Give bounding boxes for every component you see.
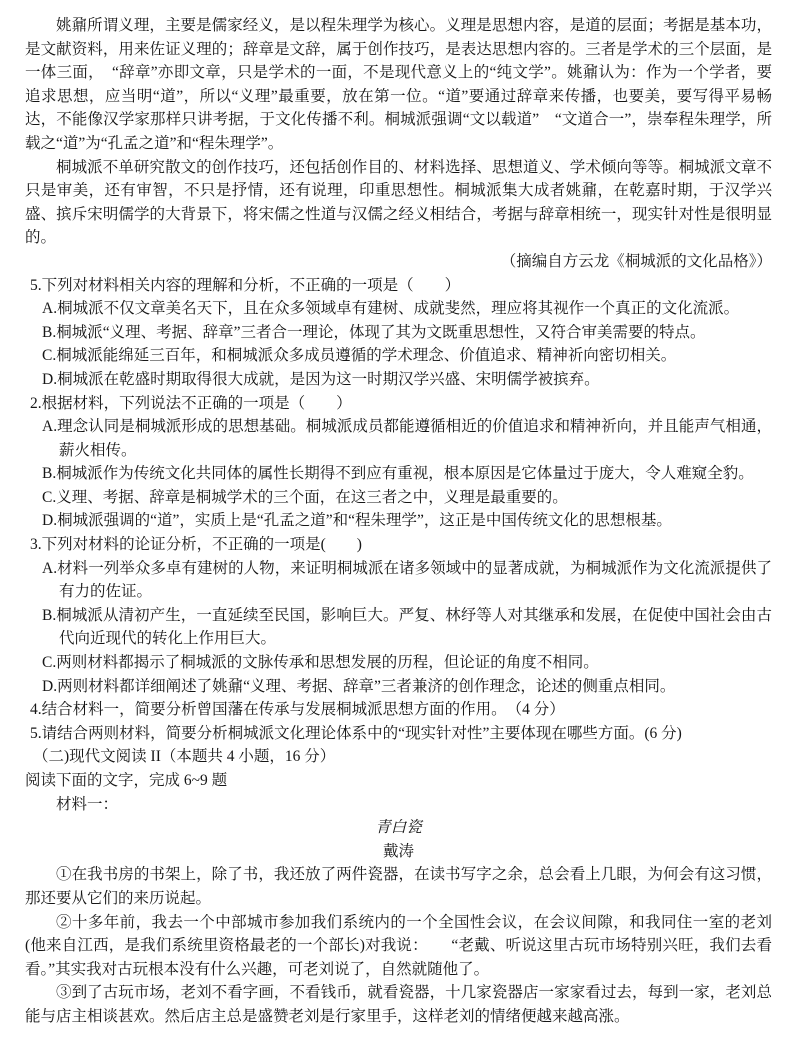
passage-paragraph-1: ①在我书房的书架上，除了书，我还放了两件瓷器，在读书写字之余，总会看上几眼，为何… <box>25 863 772 910</box>
material-1-label: 材料一： <box>25 793 772 817</box>
passage-paragraph-2: ②十多年前，我去一个中部城市参加我们系统内的一个全国性会议，在会议间隙，和我同住… <box>25 911 772 982</box>
question-2-option-d: D.桐城派强调的“道”，实质上是“孔孟之道”和“程朱理学”，这正是中国传统文化的… <box>25 509 772 533</box>
question-1-option-b: B.桐城派“义理、考据、辞章”三者合一理论，体现了其为文既重思想性，又符合审美需… <box>25 321 772 345</box>
exam-page: 姚鼐所谓义理，主要是儒家经义，是以程朱理学为核心。义理是思想内容，是道的层面；考… <box>0 0 800 1048</box>
section-2-instruction: 阅读下面的文字，完成 6~9 题 <box>25 769 772 793</box>
material-paragraph-2: 桐城派不单研究散文的创作技巧，还包括创作目的、材料选择、思想道义、学术倾向等等。… <box>25 156 772 250</box>
question-2-option-b: B.桐城派作为传统文化共同体的属性长期得不到应有重视，根本原因是它体量过于庞大，… <box>25 462 772 486</box>
question-2-stem: 2.根据材料，下列说法不正确的一项是（ ） <box>25 392 772 416</box>
section-2-heading: （二)现代文阅读 II（本题共 4 小题，16 分） <box>25 745 772 769</box>
question-4-stem: 4.结合材料一，简要分析曾国藩在传承与发展桐城派思想方面的作用。 （4 分） <box>25 698 772 722</box>
question-1-stem: 5.下列对材料相关内容的理解和分析，不正确的一项是（ ） <box>25 274 772 298</box>
question-1-option-c: C.桐城派能绵延三百年，和桐城派众多成员遵循的学术理念、价值追求、精神祈向密切相… <box>25 344 772 368</box>
passage-author: 戴涛 <box>25 840 772 864</box>
passage-paragraph-3: ③到了古玩市场，老刘不看字画，不看钱币，就看瓷器，十几家瓷器店一家家看过去，每到… <box>25 981 772 1028</box>
question-2-option-c: C.义理、考据、辞章是桐城学术的三个面，在这三者之中，义理是最重要的。 <box>25 486 772 510</box>
question-1-option-d: D.桐城派在乾盛时期取得很大成就，是因为这一时期汉学兴盛、宋明儒学被摈弃。 <box>25 368 772 392</box>
question-3-option-a: A.材料一列举众多卓有建树的人物，来证明桐城派在诸多领域中的显著成就，为桐城派作… <box>25 557 772 604</box>
material-paragraph-1: 姚鼐所谓义理，主要是儒家经义，是以程朱理学为核心。义理是思想内容，是道的层面；考… <box>25 14 772 156</box>
source-attribution: （摘编自方云龙《桐城派的文化品格》） <box>25 250 772 274</box>
question-3-option-b: B.桐城派从清初产生，一直延续至民国，影响巨大。严复、林纾等人对其继承和发展，在… <box>25 604 772 651</box>
question-1-option-a: A.桐城派不仅文章美名天下，且在众多领域卓有建树、成就斐然，理应将其视作一个真正… <box>25 297 772 321</box>
question-3-option-d: D.两则材料都详细阐述了姚鼐“义理、考据、辞章”三者兼济的创作理念，论述的侧重点… <box>25 675 772 699</box>
question-3-stem: 3.下列对材料的论证分析，不正确的一项是( ) <box>25 533 772 557</box>
question-2-option-a: A.理念认同是桐城派形成的思想基础。桐城派成员都能遵循相近的价值追求和精神祈向，… <box>25 415 772 462</box>
question-5-stem: 5.请结合两则材料，简要分析桐城派文化理论体系中的“现实针对性”主要体现在哪些方… <box>25 722 772 746</box>
question-3-option-c: C.两则材料都揭示了桐城派的文脉传承和思想发展的历程，但论证的角度不相同。 <box>25 651 772 675</box>
passage-title: 青白瓷 <box>25 816 772 840</box>
